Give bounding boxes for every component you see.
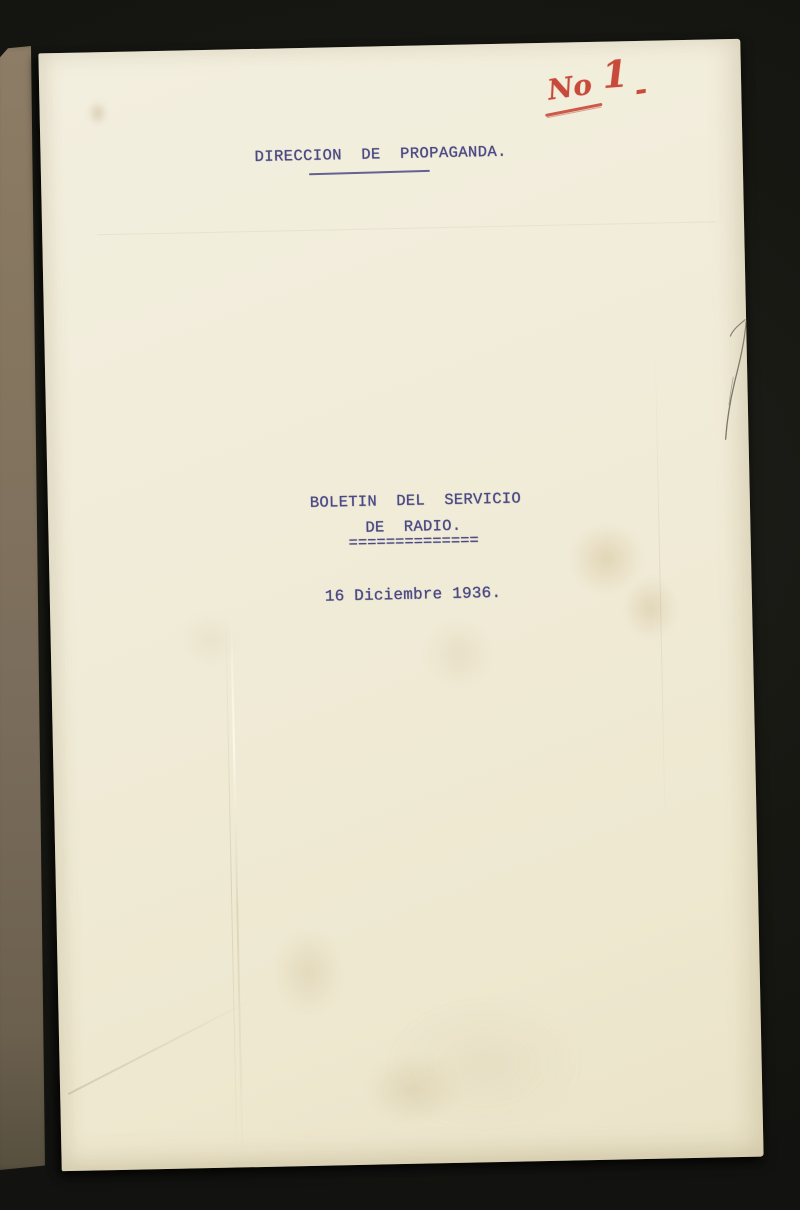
paper-crease (68, 997, 256, 1095)
scanned-document-view: No 1 - DIRECCION DE PROPAGANDA. BOLETIN … (0, 0, 800, 1210)
paper-stain (358, 977, 612, 1152)
paper-crease (230, 605, 244, 1165)
document-date: 16 Diciembre 1936. (325, 584, 502, 606)
paper-crease (654, 331, 666, 851)
paper-stain (410, 606, 507, 703)
title-line-1: BOLETIN DEL SERVICIO (310, 490, 516, 512)
pencil-mark (710, 315, 757, 448)
paper-stain (170, 604, 251, 676)
paper-crease (225, 605, 238, 1165)
annotation-number-text: 1 (601, 51, 630, 97)
annotation-no-text: No (545, 68, 594, 107)
title-separator: ============== (311, 531, 517, 553)
document-page: No 1 - DIRECCION DE PROPAGANDA. BOLETIN … (38, 39, 763, 1171)
paper-stain (262, 915, 380, 1042)
paper-crease (97, 221, 717, 235)
paper-stain (349, 1041, 476, 1139)
heading-underline (309, 170, 430, 176)
annotation-dash-text: - (632, 72, 649, 108)
paper-stain (545, 510, 657, 632)
paper-stain (83, 96, 112, 131)
paper-stain (594, 555, 688, 652)
page-number-annotation: No 1 - (538, 42, 706, 134)
document-heading: DIRECCION DE PROPAGANDA. (254, 143, 507, 166)
